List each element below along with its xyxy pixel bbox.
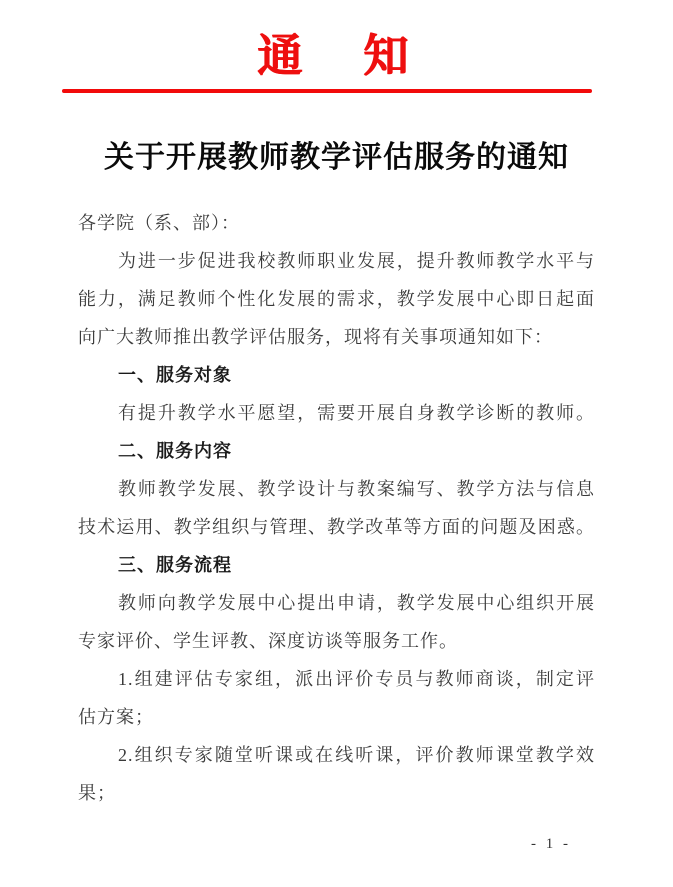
body-line-salutation: 各学院（系、部）： (78, 204, 595, 242)
notice-body: 各学院（系、部）： 为进一步促进我校教师职业发展，提升教师教学水平与 能力，满足… (78, 204, 595, 812)
notice-title: 关于开展教师教学评估服务的通知 (0, 137, 673, 179)
body-line: 2.组织专家随堂听课或在线听课，评价教师课堂教学效 (78, 736, 595, 774)
body-line: 向广大教师推出教学评估服务，现将有关事项通知如下： (78, 318, 595, 356)
notice-page: 通 知 关于开展教师教学评估服务的通知 各学院（系、部）： 为进一步促进我校教师… (0, 0, 673, 887)
body-line: 为进一步促进我校教师职业发展，提升教师教学水平与 (78, 242, 595, 280)
notice-banner: 通 知 (0, 30, 673, 82)
page-number: - 1 - (531, 836, 571, 853)
section-heading-2: 二、服务内容 (78, 432, 595, 470)
body-line: 专家评价、学生评教、深度访谈等服务工作。 (78, 622, 595, 660)
body-line: 有提升教学水平愿望，需要开展自身教学诊断的教师。 (78, 394, 595, 432)
banner-divider (62, 89, 592, 93)
body-line: 教师向教学发展中心提出申请，教学发展中心组织开展 (78, 584, 595, 622)
body-line: 技术运用、教学组织与管理、教学改革等方面的问题及困惑。 (78, 508, 595, 546)
body-line: 能力，满足教师个性化发展的需求，教学发展中心即日起面 (78, 280, 595, 318)
body-line: 果； (78, 774, 595, 812)
section-heading-1: 一、服务对象 (78, 356, 595, 394)
section-heading-3: 三、服务流程 (78, 546, 595, 584)
body-line: 教师教学发展、教学设计与教案编写、教学方法与信息 (78, 470, 595, 508)
body-line: 1.组建评估专家组，派出评价专员与教师商谈，制定评 (78, 660, 595, 698)
body-line: 估方案； (78, 698, 595, 736)
